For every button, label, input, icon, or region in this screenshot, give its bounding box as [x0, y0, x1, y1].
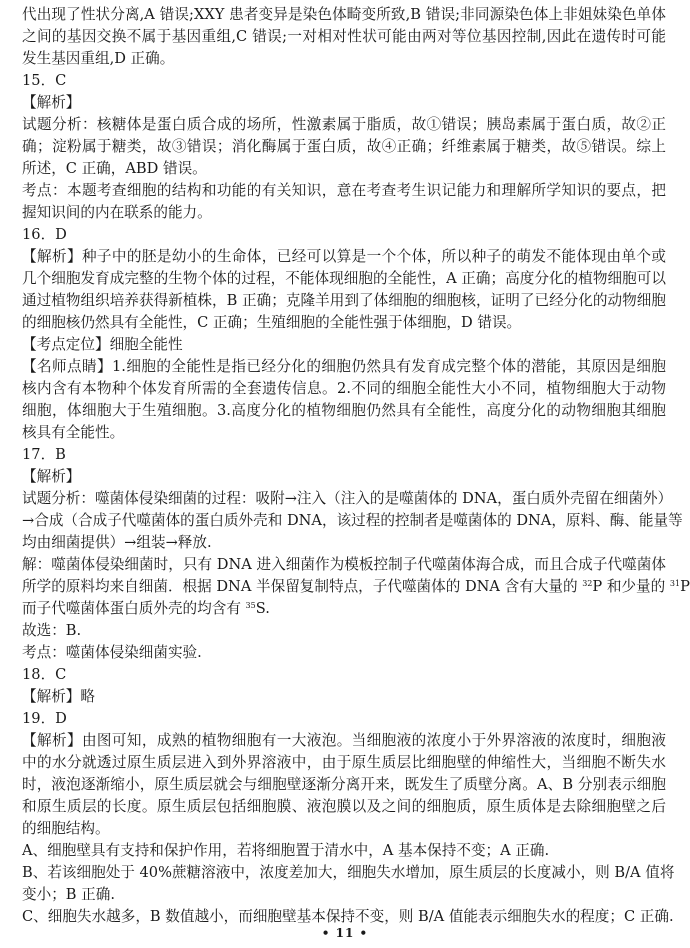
text-line: 均由细菌提供）→组装→释放. — [22, 532, 666, 554]
text-line: 代出现了性状分离,A 错误;XXY 患者变异是染色体畸变所致,B 错误;非同源染… — [22, 4, 666, 26]
text-line: 的细胞结构。 — [22, 818, 666, 840]
text-line: 16．D — [22, 224, 666, 246]
text-line: 时，液泡逐渐缩小，原生质层就会与细胞壁逐渐分离开来，既发生了质壁分离。A、B 分… — [22, 774, 666, 796]
text-line: B、若该细胞处于 40%蔗糖溶液中，浓度差加大，细胞失水增加，原生质层的长度减小… — [22, 862, 666, 884]
text-line: 发生基因重组,D 正确。 — [22, 48, 666, 70]
text-line: C、细胞失水越多，B 数值越小，而细胞壁基本保持不变，则 B/A 值能表示细胞失… — [22, 906, 666, 928]
text-line: 【名师点睛】1.细胞的全能性是指已经分化的细胞仍然具有发育成完整个体的潜能，其原… — [22, 356, 666, 378]
text-line: 所述，C 正确，ABD 错误。 — [22, 158, 666, 180]
text-line: A、细胞壁具有支持和保护作用，若将细胞置于清水中，A 基本保持不变；A 正确. — [22, 840, 666, 862]
document-page: 代出现了性状分离,A 错误;XXY 患者变异是染色体畸变所致,B 错误;非同源染… — [22, 4, 666, 928]
text-line: 而子代噬菌体蛋白质外壳的均含有 35S. — [22, 598, 666, 620]
text-line: 通过植物组织培养获得新植株，B 正确；克隆羊用到了体细胞的细胞核，证明了已经分化… — [22, 290, 666, 312]
text-line: 试题分析：噬菌体侵染细菌的过程：吸附→注入（注入的是噬菌体的 DNA，蛋白质外壳… — [22, 488, 666, 510]
text-line: 几个细胞发育成完整的生物个体的过程，不能体现细胞的全能性，A 正确；高度分化的植… — [22, 268, 666, 290]
text-line: 【解析】由图可知，成熟的植物细胞有一大液泡。当细胞液的浓度小于外界溶液的浓度时，… — [22, 730, 666, 752]
text-line: 之间的基因交换不属于基因重组,C 错误;一对相对性状可能由两对等位基因控制,因此… — [22, 26, 666, 48]
text-line: 【解析】略 — [22, 686, 666, 708]
page-number: • 11 • — [0, 926, 690, 940]
text-line: 故选：B. — [22, 620, 666, 642]
text-line: 15．C — [22, 70, 666, 92]
text-line: →合成（合成子代噬菌体的蛋白质外壳和 DNA，该过程的控制者是噬菌体的 DNA，… — [22, 510, 666, 532]
text-line: 【解析】种子中的胚是幼小的生命体，已经可以算是一个个体，所以种子的萌发不能体现由… — [22, 246, 666, 268]
text-line: 考点：噬菌体侵染细菌实验. — [22, 642, 666, 664]
text-line: 所学的原料均来自细菌．根据 DNA 半保留复制特点，子代噬菌体的 DNA 含有大… — [22, 576, 666, 598]
text-line: 的细胞核仍然具有全能性，C 正确；生殖细胞的全能性强于体细胞，D 错误。 — [22, 312, 666, 334]
text-line: 18．C — [22, 664, 666, 686]
text-line: 19．D — [22, 708, 666, 730]
text-line: 考点：本题考查细胞的结构和功能的有关知识，意在考查考生识记能力和理解所学知识的要… — [22, 180, 666, 202]
text-line: 确；淀粉属于糖类，故③错误；消化酶属于蛋白质，故④正确；纤维素属于糖类，故⑤错误… — [22, 136, 666, 158]
text-line: 【考点定位】细胞全能性 — [22, 334, 666, 356]
text-line: 细胞，体细胞大于生殖细胞。3.高度分化的植物细胞仍然具有全能性，高度分化的动物细… — [22, 400, 666, 422]
text-line: 握知识间的内在联系的能力。 — [22, 202, 666, 224]
text-line: 试题分析：核糖体是蛋白质合成的场所，性激素属于脂质，故①错误；胰岛素属于蛋白质，… — [22, 114, 666, 136]
text-line: 核具有全能性。 — [22, 422, 666, 444]
text-line: 【解析】 — [22, 466, 666, 488]
text-line: 核内含有本物种个体发育所需的全套遗传信息。2.不同的细胞全能性大小不同，植物细胞… — [22, 378, 666, 400]
text-line: 【解析】 — [22, 92, 666, 114]
text-line: 和原生质层的长度。原生质层包括细胞膜、液泡膜以及之间的细胞质，原生质体是去除细胞… — [22, 796, 666, 818]
text-line: 解：噬菌体侵染细菌时，只有 DNA 进入细菌作为模板控制子代噬菌体海合成，而且合… — [22, 554, 666, 576]
text-line: 中的水分就透过原生质层进入到外界溶液中，由于原生质层比细胞壁的伸缩性大，当细胞不… — [22, 752, 666, 774]
text-line: 17．B — [22, 444, 666, 466]
text-line: 变小；B 正确. — [22, 884, 666, 906]
